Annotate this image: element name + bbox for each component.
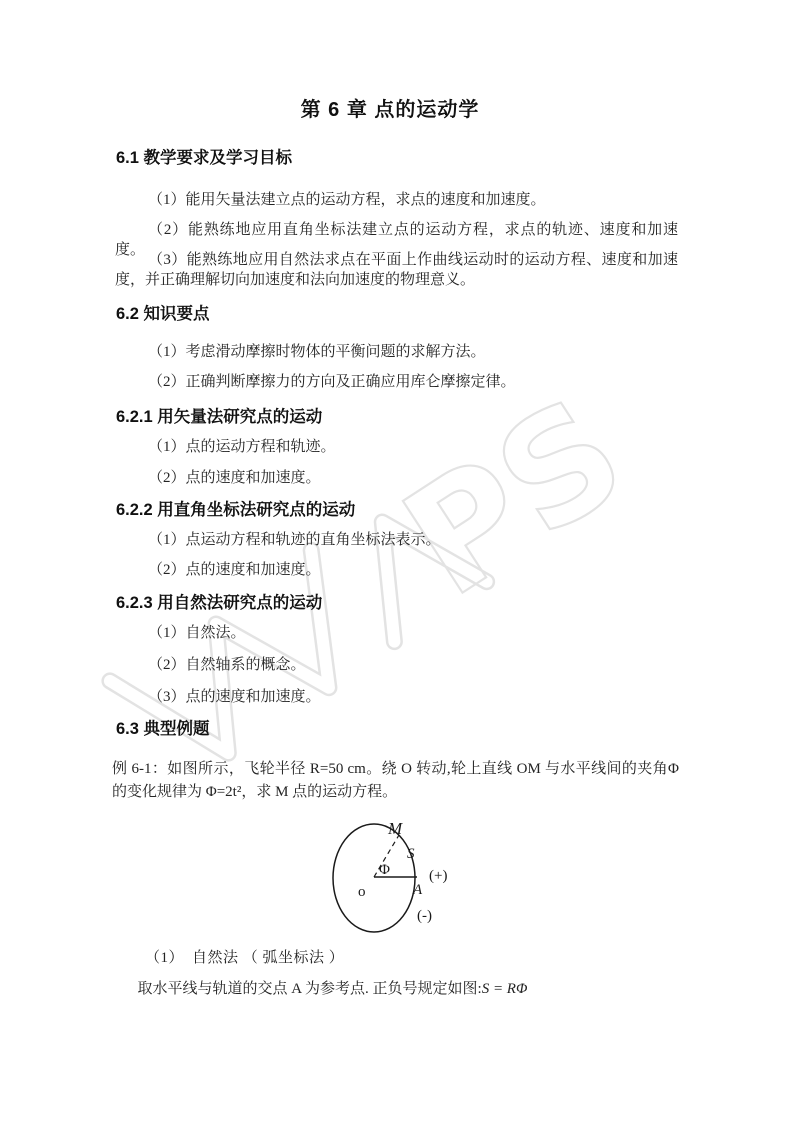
document-page: PS 第 6 章 点的运动学 6.1 教学要求及学习目标 （1）能用矢量法建立点…	[0, 0, 793, 1122]
example-paragraph: 例 6-1：如图所示，飞轮半径 R=50 cm。绕 O 转动,轮上直线 OM 与…	[112, 758, 679, 804]
label-a: A	[412, 882, 423, 898]
label-minus-direction: (-)	[417, 908, 432, 924]
label-center-o: o	[358, 884, 366, 900]
list-item: （1）自然法。	[115, 623, 678, 643]
label-plus-direction: (+)	[429, 868, 447, 884]
reference-line: 取水平线与轨道的交点 A 为参考点. 正负号规定如图:S = RΦ	[115, 979, 678, 999]
flywheel-figure: M S Φ o A (+) (-)	[305, 800, 480, 945]
list-item: （1）考虑滑动摩擦时物体的平衡问题的求解方法。	[115, 342, 678, 362]
list-item: （3）能熟练地应用自然法求点在平面上作曲线运动时的运动方程、速度和加速度，并正确…	[115, 250, 678, 290]
section-heading-6-3: 6.3 典型例题	[116, 718, 210, 740]
list-item: （2）正确判断摩擦力的方向及正确应用库仑摩擦定律。	[115, 372, 678, 392]
flywheel-circle	[333, 824, 415, 932]
list-item: （2）点的速度和加速度。	[115, 468, 678, 488]
section-heading-6-1: 6.1 教学要求及学习目标	[116, 147, 292, 169]
chapter-title: 第 6 章 点的运动学	[0, 93, 780, 122]
label-phi: Φ	[379, 862, 390, 878]
label-s: S	[407, 846, 415, 862]
method-line: （1） 自然法 （ 弧坐标法 ）	[115, 948, 678, 968]
list-item: （2）自然轴系的概念。	[115, 655, 678, 675]
list-item: （2）点的速度和加速度。	[115, 560, 678, 580]
section-heading-6-2-2: 6.2.2 用直角坐标法研究点的运动	[116, 499, 355, 521]
arc-formula: S = RΦ	[482, 981, 528, 997]
section-heading-6-2-1: 6.2.1 用矢量法研究点的运动	[116, 406, 322, 428]
list-item: （1）能用矢量法建立点的运动方程，求点的速度和加速度。	[115, 190, 678, 210]
section-heading-6-2-3: 6.2.3 用自然法研究点的运动	[116, 592, 322, 614]
reference-text: 取水平线与轨道的交点 A 为参考点. 正负号规定如图:	[138, 981, 482, 997]
section-heading-6-2: 6.2 知识要点	[116, 303, 210, 325]
label-m: M	[387, 819, 403, 838]
watermark-letters: PS	[376, 366, 654, 631]
list-item: （1）点运动方程和轨迹的直角坐标法表示。	[115, 530, 678, 550]
list-item: （3）点的速度和加速度。	[115, 687, 678, 707]
list-item: （1）点的运动方程和轨迹。	[115, 437, 678, 457]
